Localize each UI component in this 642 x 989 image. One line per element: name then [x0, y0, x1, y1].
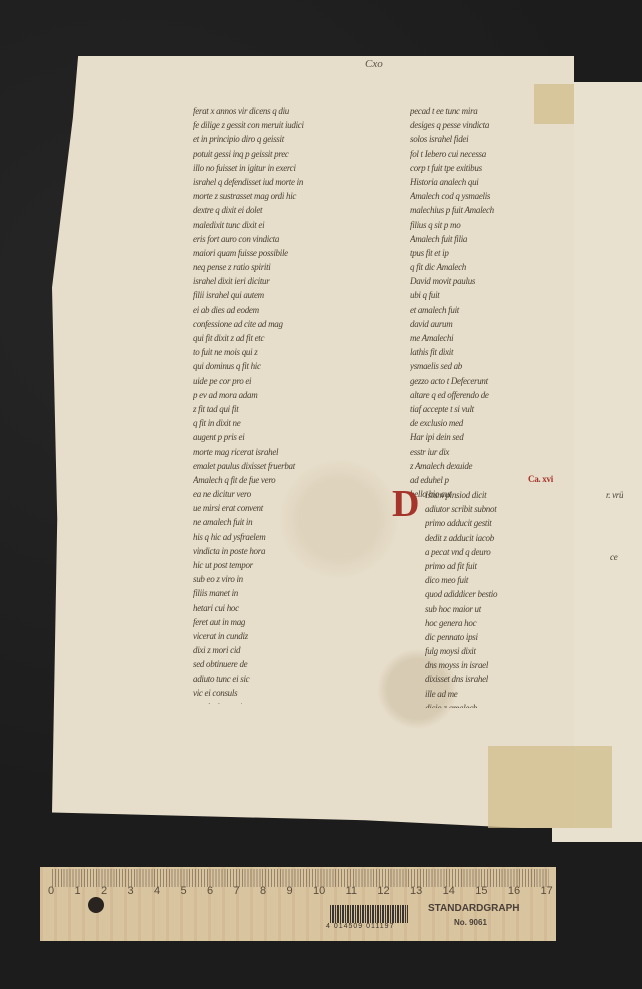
text-line: filii israhel qui autem: [193, 288, 373, 302]
text-line: desiges q pesse vindicta: [410, 118, 578, 132]
text-line: ferat x annos vir dicens q diu: [193, 104, 373, 118]
ruler-tick-label: 6: [207, 885, 213, 897]
text-line: ysmaelis sed ab: [410, 359, 578, 373]
text-line: qui fit dixit z ad fit etc: [193, 331, 373, 345]
text-line: fol t Iebero cui necessa: [410, 147, 578, 161]
ruler-tick-label: 8: [260, 885, 266, 897]
ruler-tick-label: 16: [508, 885, 520, 897]
text-line: illo no fuisset in igitur in exerci: [193, 161, 373, 175]
text-line: tiaf accepte t si vult: [410, 402, 578, 416]
ruler-tick-label: 2: [101, 885, 107, 897]
text-line: sub hoc maior ut: [425, 602, 575, 616]
text-line: confessione ad cite ad mag: [193, 317, 373, 331]
text-line: adiutor scribit subnot: [425, 502, 575, 516]
text-line: hetari cui hoc: [193, 601, 373, 615]
text-line: dic pennato ipsi: [425, 630, 575, 644]
text-line: quod adiddicer bestio: [425, 587, 575, 601]
text-line: q fit dic Amalech: [410, 260, 578, 274]
text-line: de exclusio med: [410, 416, 578, 430]
text-line: maiori quam fuisse possibile: [193, 246, 373, 260]
text-line: ea ne dicitur vero: [193, 487, 373, 501]
ruler-tick-label: 17: [541, 885, 553, 897]
text-line: dicio z amalech: [425, 701, 575, 708]
ruler-tick-label: 0: [48, 885, 54, 897]
text-line: israhel dixit ieri dicitur: [193, 274, 373, 288]
ruler-tick-label: 3: [128, 885, 134, 897]
text-line: gezzo acto t Defecerunt: [410, 374, 578, 388]
text-line: vic ei consuls: [193, 686, 373, 700]
barcode: [330, 905, 408, 923]
text-line: ue mirsi erat convent: [193, 501, 373, 515]
text-line: filius q sit p mo: [410, 218, 578, 232]
measurement-ruler: 01234567891011121314151617 4 014509 0111…: [40, 867, 556, 941]
text-line: Amalech q fit de fue vero: [193, 473, 373, 487]
margin-note: ce: [610, 550, 640, 564]
text-line: hic ut post tempor: [193, 558, 373, 572]
text-line: dixi z mori cid: [193, 643, 373, 657]
text-line: hoc genera hoc: [425, 616, 575, 630]
text-line: qui dominus q fit hic: [193, 359, 373, 373]
text-line: sed obtinuere de: [193, 657, 373, 671]
margin-note: r. vrü: [606, 488, 642, 502]
left-text-column: ferat x annos vir dicens q diufe dilige …: [193, 104, 373, 704]
text-line: ei ab dies ad eodem: [193, 303, 373, 317]
folio-mark: Cxo: [365, 58, 383, 70]
text-line: his q hic ad ysfraelem: [193, 530, 373, 544]
text-line: corp t fuit tpe exitibus: [410, 161, 578, 175]
text-line: Har ipi dein sed: [410, 430, 578, 444]
text-line: fe dilige z gessit con meruit iudici: [193, 118, 373, 132]
text-line: malechius p fuit Amalech: [410, 203, 578, 217]
text-line: p ev ad mora adam: [193, 388, 373, 402]
text-line: dedit z adducit iacob: [425, 531, 575, 545]
text-line: z Amalech dexuide: [410, 459, 578, 473]
ruler-brand: STANDARDGRAPH: [428, 903, 519, 914]
text-line: primo ad fit fuit: [425, 559, 575, 573]
text-line: primo adducit gestit: [425, 516, 575, 530]
text-line: potuit gessi inq p geissit prec: [193, 147, 373, 161]
ruler-model: No. 9061: [454, 918, 487, 927]
rubricated-initial: D: [392, 482, 419, 526]
text-line: Amalech fuit filia: [410, 232, 578, 246]
text-line: a pecat vnd q deuro: [425, 545, 575, 559]
text-line: vicerat in cundiz: [193, 629, 373, 643]
ruler-tick-labels: 01234567891011121314151617: [48, 885, 553, 897]
ruler-tick-label: 15: [475, 885, 487, 897]
text-line: ubi q fuit: [410, 288, 578, 302]
ruler-tick-label: 11: [346, 885, 357, 897]
ruler-tick-label: 5: [181, 885, 187, 897]
text-line: et in principio diro q geissit: [193, 132, 373, 146]
text-line: q fit in dixit ne: [193, 416, 373, 430]
text-line: tpus fit et ip: [410, 246, 578, 260]
ruler-tick-label: 7: [234, 885, 240, 897]
text-line: neq pense z ratio spiriti: [193, 260, 373, 274]
tape-bottom: [488, 746, 612, 828]
text-line: me Amalechi: [410, 331, 578, 345]
text-line: dico meo fuit: [425, 573, 575, 587]
text-line: augent p pris ei: [193, 430, 373, 444]
text-line: dns moyss in israel: [425, 658, 575, 672]
ruler-hole: [88, 897, 104, 913]
text-line: dixisset dns israhel: [425, 672, 575, 686]
text-line: Amalech cod q ysmaelis: [410, 189, 578, 203]
ruler-tick-label: 14: [443, 885, 455, 897]
text-line: ne amalech fuit in: [193, 515, 373, 529]
text-line: israhel q defendisset iud morte in: [193, 175, 373, 189]
text-line: maledixit tunc dixit ei: [193, 218, 373, 232]
text-line: uide pe cor pro ei: [193, 374, 373, 388]
barcode-number: 4 014509 011197: [326, 923, 394, 930]
text-line: David movit paulus: [410, 274, 578, 288]
text-line: feret aut in mag: [193, 615, 373, 629]
text-line: eris fort auro con vindicta: [193, 232, 373, 246]
text-line: dextre q dixit ei dolet: [193, 203, 373, 217]
text-line: sub eo z viro in: [193, 572, 373, 586]
text-line: david aurum: [410, 317, 578, 331]
text-line: lathis fit dixit: [410, 345, 578, 359]
text-line: vindicta in poste hora: [193, 544, 373, 558]
text-line: adiuto tunc ei sic: [193, 672, 373, 686]
text-line: filiis manet in: [193, 586, 373, 600]
right-text-column: pecad t ee tunc miradesiges q pesse vind…: [410, 104, 578, 504]
text-line: Istum pinsiod dicit: [425, 488, 575, 502]
text-line: z fit tad qui fit: [193, 402, 373, 416]
text-line: to fuit ne mois qui z: [193, 345, 373, 359]
text-line: altare q ed offerendo de: [410, 388, 578, 402]
text-line: fulg moysi dixit: [425, 644, 575, 658]
ruler-tick-label: 9: [287, 885, 293, 897]
ruler-tick-label: 10: [313, 885, 325, 897]
ruler-tick-label: 4: [154, 885, 160, 897]
ruler-tick-label: 13: [410, 885, 422, 897]
ruler-tick-label: 1: [75, 885, 81, 897]
text-line: pecad t ee tunc mira: [410, 104, 578, 118]
text-line: morte z sustrasset mag ordi hic: [193, 189, 373, 203]
text-line: Historia analech qui: [410, 175, 578, 189]
chapter-rubric: Ca. xvi: [528, 472, 588, 488]
text-line: esstr iur dix: [410, 445, 578, 459]
ruler-tick-label: 12: [377, 885, 389, 897]
text-line: et amalech fuit: [410, 303, 578, 317]
text-line: ille ad me: [425, 687, 575, 701]
text-line: morte mag ricerat israhel: [193, 445, 373, 459]
text-line: amalech vero ino: [193, 700, 373, 704]
chapter-text: Istum pinsiod dicitadiutor scribit subno…: [425, 488, 575, 708]
text-line: solos israhel fidei: [410, 132, 578, 146]
text-line: emalet paulus dixisset fruerbat: [193, 459, 373, 473]
